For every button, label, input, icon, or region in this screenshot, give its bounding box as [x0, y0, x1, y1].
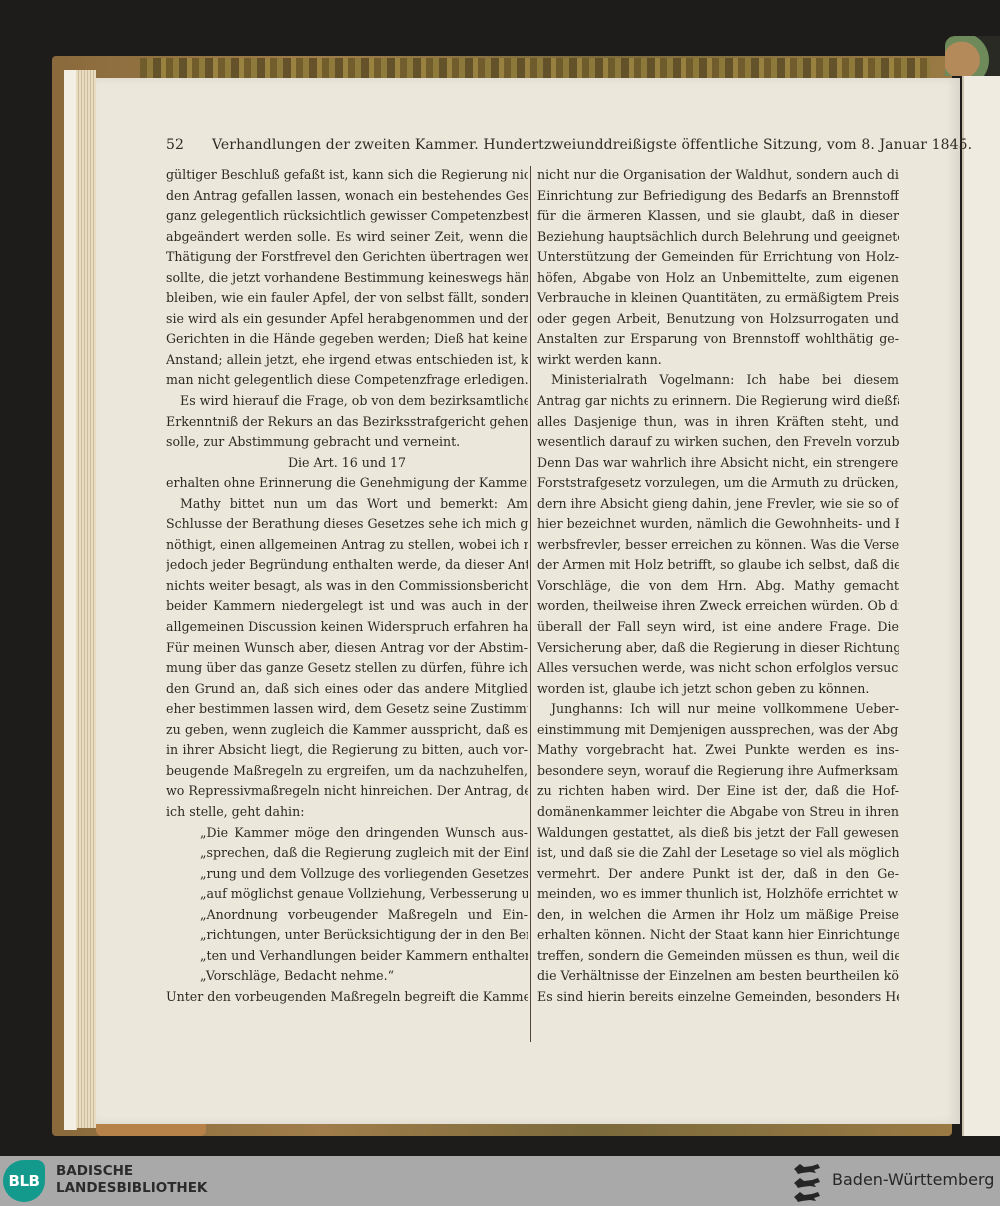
text-line: Forststrafgesetz vorzulegen, um die Armu…	[537, 473, 899, 494]
blb-logo-icon: BLB	[9, 1172, 40, 1190]
text-line: nicht nur die Organisation der Waldhut, …	[537, 165, 899, 186]
text-line: Anstand; allein jetzt, ehe irgend etwas …	[166, 350, 528, 371]
text-line: gültiger Beschluß gefaßt ist, kann sich …	[166, 165, 528, 186]
text-line: erhalten ohne Erinnerung die Genehmigung…	[166, 473, 528, 494]
text-line: ist, und daß sie die Zahl der Lesetage s…	[537, 843, 899, 864]
text-line: Mathy vorgebracht hat. Zwei Punkte werde…	[537, 740, 899, 761]
text-line: abgeändert werden solle. Es wird seiner …	[166, 227, 528, 248]
three-lions-crest-icon	[792, 1161, 822, 1203]
text-line: Versicherung aber, daß die Regierung in …	[537, 638, 899, 659]
text-line: Unter den vorbeugenden Maßregeln begreif…	[166, 987, 528, 1008]
text-line: dern ihre Absicht gieng dahin, jene Frev…	[537, 494, 899, 515]
text-line: Ministerialrath Vogelmann: Ich habe bei …	[537, 370, 899, 391]
text-line: nöthigt, einen allgemeinen Antrag zu ste…	[166, 535, 528, 556]
text-line: einstimmung mit Demjenigen aussprechen, …	[537, 720, 899, 741]
text-line: Thätigung der Forstfrevel den Gerichten …	[166, 247, 528, 268]
text-line: Denn Das war wahrlich ihre Absicht nicht…	[537, 453, 899, 474]
text-line: den Grund an, daß sich eines oder das an…	[166, 679, 528, 700]
text-line: Unterstützung der Gemeinden für Errichtu…	[537, 247, 899, 268]
book-corner	[945, 36, 1000, 76]
blb-logo-badge[interactable]: BLB	[3, 1160, 45, 1202]
text-line: beider Kammern niedergelegt ist und was …	[166, 596, 528, 617]
text-line: werbsfrevler, besser erreichen zu können…	[537, 535, 899, 556]
text-line: worden ist, glaube ich jetzt schon geben…	[537, 679, 899, 700]
blb-logo-line2: LANDESBIBLIOTHEK	[56, 1180, 207, 1197]
text-line: Alles versuchen werde, was nicht schon e…	[537, 658, 899, 679]
facing-page-edge	[962, 76, 1000, 1136]
text-line: ganz gelegentlich rücksichtlich gewisser…	[166, 206, 528, 227]
text-line: Es sind hierin bereits einzelne Gemeinde…	[537, 987, 899, 1008]
text-line: „sprechen, daß die Regierung zugleich mi…	[166, 843, 528, 864]
text-line: wirkt werden kann.	[537, 350, 899, 371]
text-line: „Die Kammer möge den dringenden Wunsch a…	[166, 823, 528, 844]
blb-logo-text[interactable]: BADISCHE LANDESBIBLIOTHEK	[56, 1163, 207, 1197]
text-column-right: nicht nur die Organisation der Waldhut, …	[537, 165, 899, 1007]
text-line: zu richten haben wird. Der Eine ist der,…	[537, 781, 899, 802]
text-line: eher bestimmen lassen wird, dem Gesetz s…	[166, 699, 528, 720]
text-line: der Armen mit Holz betrifft, so glaube i…	[537, 555, 899, 576]
text-line: domänenkammer leichter die Abgabe von St…	[537, 802, 899, 823]
running-head: 52Verhandlungen der zweiten Kammer. Hund…	[166, 137, 886, 159]
text-line: hier bezeichnet wurden, nämlich die Gewo…	[537, 514, 899, 535]
text-line: Gerichten in die Hände gegeben werden; D…	[166, 329, 528, 350]
text-line: Einrichtung zur Befriedigung des Bedarfs…	[537, 186, 899, 207]
text-line: beugende Maßregeln zu ergreifen, um da n…	[166, 761, 528, 782]
text-line: Antrag gar nichts zu erinnern. Die Regie…	[537, 391, 899, 412]
text-line: den Antrag gefallen lassen, wonach ein b…	[166, 186, 528, 207]
book-bottom-edge	[96, 1124, 206, 1136]
text-line: „ten und Verhandlungen beider Kammern en…	[166, 946, 528, 967]
text-line: jedoch jeder Begründung enthalten werde,…	[166, 555, 528, 576]
text-line: mung über das ganze Gesetz stellen zu dü…	[166, 658, 528, 679]
text-line: die Verhältnisse der Einzelnen am besten…	[537, 966, 899, 987]
scan-viewer: 52Verhandlungen der zweiten Kammer. Hund…	[0, 0, 1000, 1156]
text-line: „richtungen, unter Berücksichtigung der …	[166, 925, 528, 946]
text-line: sollte, die jetzt vorhandene Bestimmung …	[166, 268, 528, 289]
text-line: Junghanns: Ich will nur meine vollkommen…	[537, 699, 899, 720]
text-line: Vorschläge, die von dem Hrn. Abg. Mathy …	[537, 576, 899, 597]
blb-logo-line1: BADISCHE	[56, 1163, 207, 1180]
text-line: überall der Fall seyn wird, ist eine and…	[537, 617, 899, 638]
text-line: man nicht gelegentlich diese Competenzfr…	[166, 370, 528, 391]
text-line: „auf möglichst genaue Vollziehung, Verbe…	[166, 884, 528, 905]
text-line: solle, zur Abstimmung gebracht und verne…	[166, 432, 528, 453]
text-line: sie wird als ein gesunder Apfel herabgen…	[166, 309, 528, 330]
text-line: für die ärmeren Klassen, und sie glaubt,…	[537, 206, 899, 227]
text-line: Für meinen Wunsch aber, diesen Antrag vo…	[166, 638, 528, 659]
text-line: meinden, wo es immer thunlich ist, Holzh…	[537, 884, 899, 905]
text-line: bleiben, wie ein fauler Apfel, der von s…	[166, 288, 528, 309]
text-line: Schlusse der Berathung dieses Gesetzes s…	[166, 514, 528, 535]
text-line: erhalten können. Nicht der Staat kann hi…	[537, 925, 899, 946]
text-line: in ihrer Absicht liegt, die Regierung zu…	[166, 740, 528, 761]
text-column-left: gültiger Beschluß gefaßt ist, kann sich …	[166, 165, 528, 1007]
text-line: treffen, sondern die Gemeinden müssen es…	[537, 946, 899, 967]
text-line: den, in welchen die Armen ihr Holz um mä…	[537, 905, 899, 926]
baden-wuerttemberg-logo-text[interactable]: Baden-Württemberg	[832, 1170, 994, 1189]
text-line: allgemeinen Discussion keinen Widerspruc…	[166, 617, 528, 638]
text-line: Es wird hierauf die Frage, ob von dem be…	[166, 391, 528, 412]
text-line: Erkenntniß der Rekurs an das Bezirksstra…	[166, 412, 528, 433]
text-line: oder gegen Arbeit, Benutzung von Holzsur…	[537, 309, 899, 330]
text-line: vermehrt. Der andere Punkt ist der, daß …	[537, 864, 899, 885]
text-line: Mathy bittet nun um das Wort und bemerkt…	[166, 494, 528, 515]
text-line: „Vorschläge, Bedacht nehme.“	[166, 966, 528, 987]
text-line: ich stelle, geht dahin:	[166, 802, 528, 823]
page-stack-edges	[76, 70, 96, 1128]
text-line: wesentlich darauf zu wirken suchen, den …	[537, 432, 899, 453]
text-line: Beziehung hauptsächlich durch Belehrung …	[537, 227, 899, 248]
text-line: „rung und dem Vollzuge des vorliegenden …	[166, 864, 528, 885]
page-number: 52	[166, 137, 212, 153]
text-line: Die Art. 16 und 17	[166, 453, 528, 474]
text-line: nichts weiter besagt, als was in den Com…	[166, 576, 528, 597]
book-cover-marbled-edge	[140, 58, 930, 80]
text-line: worden, theilweise ihren Zweck erreichen…	[537, 596, 899, 617]
text-line: zu geben, wenn zugleich die Kammer aussp…	[166, 720, 528, 741]
running-head-title: Verhandlungen der zweiten Kammer. Hunder…	[212, 137, 972, 153]
text-line: Verbrauche in kleinen Quantitäten, zu er…	[537, 288, 899, 309]
text-line: alles Dasjenige thun, was in ihren Kräft…	[537, 412, 899, 433]
text-line: Waldungen gestattet, als dieß bis jetzt …	[537, 823, 899, 844]
text-line: „Anordnung vorbeugender Maßregeln und Ei…	[166, 905, 528, 926]
text-line: wo Repressivmaßregeln nicht hinreichen. …	[166, 781, 528, 802]
text-line: besondere seyn, worauf die Regierung ihr…	[537, 761, 899, 782]
text-line: Anstalten zur Ersparung von Brennstoff w…	[537, 329, 899, 350]
column-divider	[530, 166, 531, 1042]
text-line: höfen, Abgabe von Holz an Unbemittelte, …	[537, 268, 899, 289]
